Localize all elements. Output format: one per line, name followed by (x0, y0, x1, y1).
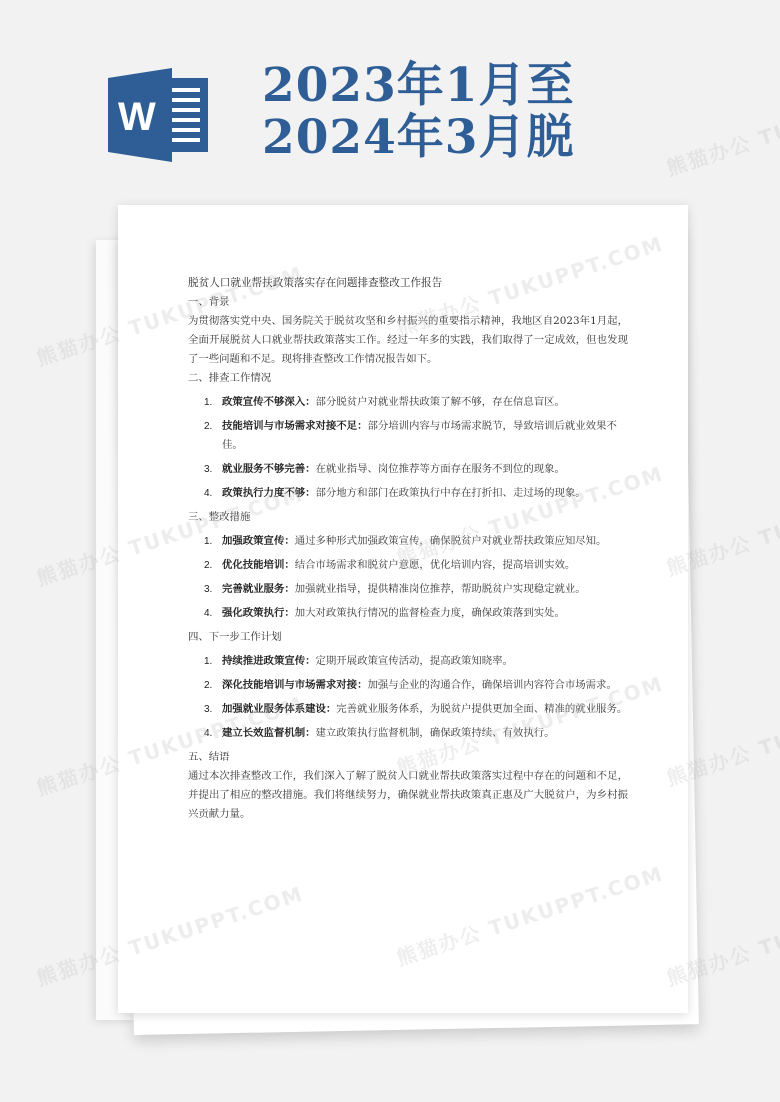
list-number: 4. (204, 484, 212, 503)
list-lead: 加强政策宣传： (222, 535, 295, 547)
background-paragraph: 为贯彻落实党中央、国务院关于脱贫攻坚和乡村振兴的重要指示精神，我地区自2023年… (188, 312, 628, 369)
word-doc-icon: W (108, 68, 210, 162)
list-number: 3. (204, 460, 212, 479)
list-text: 部分地方和部门在政策执行中存在打折扣、走过场的现象。 (316, 487, 586, 499)
list-item: 3.加强就业服务体系建设：完善就业服务体系，为脱贫户提供更加全面、精准的就业服务… (188, 700, 628, 719)
list-lead: 就业服务不够完善： (222, 463, 316, 475)
banner-title: 2023年1月至 2024年3月脱 (262, 60, 575, 164)
list-text: 完善就业服务体系，为脱贫户提供更加全面、精准的就业服务。 (336, 703, 627, 715)
measures-list: 1.加强政策宣传：通过多种形式加强政策宣传，确保脱贫户对就业帮扶政策应知尽知。 … (188, 532, 628, 623)
list-item: 3.完善就业服务：加强就业指导，提供精准岗位推荐，帮助脱贫户实现稳定就业。 (188, 580, 628, 599)
list-item: 2.深化技能培训与市场需求对接：加强与企业的沟通合作，确保培训内容符合市场需求。 (188, 676, 628, 695)
document-content: 脱贫人口就业帮扶政策落实存在问题排查整改工作报告 一、背景 为贯彻落实党中央、国… (188, 273, 628, 824)
list-text: 加强就业指导，提供精准岗位推荐，帮助脱贫户实现稳定就业。 (295, 583, 586, 595)
list-item: 1.持续推进政策宣传：定期开展政策宣传活动，提高政策知晓率。 (188, 652, 628, 671)
next-steps-list: 1.持续推进政策宣传：定期开展政策宣传活动，提高政策知晓率。 2.深化技能培训与… (188, 652, 628, 743)
conclusion-paragraph: 通过本次排查整改工作，我们深入了解了脱贫人口就业帮扶政策落实过程中存在的问题和不… (188, 767, 628, 824)
list-number: 1. (204, 393, 212, 412)
list-lead: 技能培训与市场需求对接不足： (222, 420, 367, 432)
list-number: 3. (204, 700, 212, 719)
list-item: 4.政策执行力度不够：部分地方和部门在政策执行中存在打折扣、走过场的现象。 (188, 484, 628, 503)
watermark: 熊猫办公 TUKUPPT.COM (662, 68, 780, 182)
list-lead: 建立长效监督机制： (222, 727, 316, 739)
list-number: 2. (204, 417, 212, 436)
list-number: 2. (204, 676, 212, 695)
document-page: 脱贫人口就业帮扶政策落实存在问题排查整改工作报告 一、背景 为贯彻落实党中央、国… (118, 205, 688, 1013)
list-number: 3. (204, 580, 212, 599)
list-lead: 完善就业服务： (222, 583, 295, 595)
section-heading-measures: 三、整改措施 (188, 508, 628, 527)
list-lead: 优化技能培训： (222, 559, 295, 571)
banner-title-line-1: 2023年1月至 (262, 60, 575, 112)
section-heading-background: 一、背景 (188, 293, 628, 312)
section-heading-conclusion: 五、结语 (188, 748, 628, 767)
list-text: 加强与企业的沟通合作，确保培训内容符合市场需求。 (367, 679, 616, 691)
list-lead: 深化技能培训与市场需求对接： (222, 679, 367, 691)
list-number: 4. (204, 604, 212, 623)
list-lead: 政策宣传不够深入： (222, 396, 316, 408)
list-text: 加大对政策执行情况的监督检查力度，确保政策落到实处。 (295, 607, 565, 619)
list-lead: 政策执行力度不够： (222, 487, 316, 499)
document-title: 脱贫人口就业帮扶政策落实存在问题排查整改工作报告 (188, 273, 628, 293)
list-item: 2.优化技能培训：结合市场需求和脱贫户意愿，优化培训内容，提高培训实效。 (188, 556, 628, 575)
list-item: 2.技能培训与市场需求对接不足：部分培训内容与市场需求脱节，导致培训后就业效果不… (188, 417, 628, 455)
list-text: 建立政策执行监督机制，确保政策持续、有效执行。 (316, 727, 555, 739)
list-text: 通过多种形式加强政策宣传，确保脱贫户对就业帮扶政策应知尽知。 (295, 535, 607, 547)
section-heading-next-steps: 四、下一步工作计划 (188, 628, 628, 647)
investigation-list: 1.政策宣传不够深入：部分脱贫户对就业帮扶政策了解不够，存在信息盲区。 2.技能… (188, 393, 628, 503)
list-item: 1.加强政策宣传：通过多种形式加强政策宣传，确保脱贫户对就业帮扶政策应知尽知。 (188, 532, 628, 551)
list-text: 定期开展政策宣传活动，提高政策知晓率。 (316, 655, 513, 667)
list-text: 部分脱贫户对就业帮扶政策了解不够，存在信息盲区。 (316, 396, 565, 408)
section-heading-investigation: 二、排查工作情况 (188, 369, 628, 388)
list-lead: 持续推进政策宣传： (222, 655, 316, 667)
list-item: 1.政策宣传不够深入：部分脱贫户对就业帮扶政策了解不够，存在信息盲区。 (188, 393, 628, 412)
banner-title-line-2: 2024年3月脱 (262, 112, 575, 164)
list-item: 3.就业服务不够完善：在就业指导、岗位推荐等方面存在服务不到位的现象。 (188, 460, 628, 479)
svg-text:W: W (118, 95, 156, 139)
list-text: 结合市场需求和脱贫户意愿，优化培训内容，提高培训实效。 (295, 559, 576, 571)
list-lead: 强化政策执行： (222, 607, 295, 619)
list-item: 4.建立长效监督机制：建立政策执行监督机制，确保政策持续、有效执行。 (188, 724, 628, 743)
list-number: 1. (204, 532, 212, 551)
list-item: 4.强化政策执行：加大对政策执行情况的监督检查力度，确保政策落到实处。 (188, 604, 628, 623)
list-number: 2. (204, 556, 212, 575)
list-number: 4. (204, 724, 212, 743)
list-number: 1. (204, 652, 212, 671)
list-text: 在就业指导、岗位推荐等方面存在服务不到位的现象。 (316, 463, 565, 475)
list-lead: 加强就业服务体系建设： (222, 703, 336, 715)
